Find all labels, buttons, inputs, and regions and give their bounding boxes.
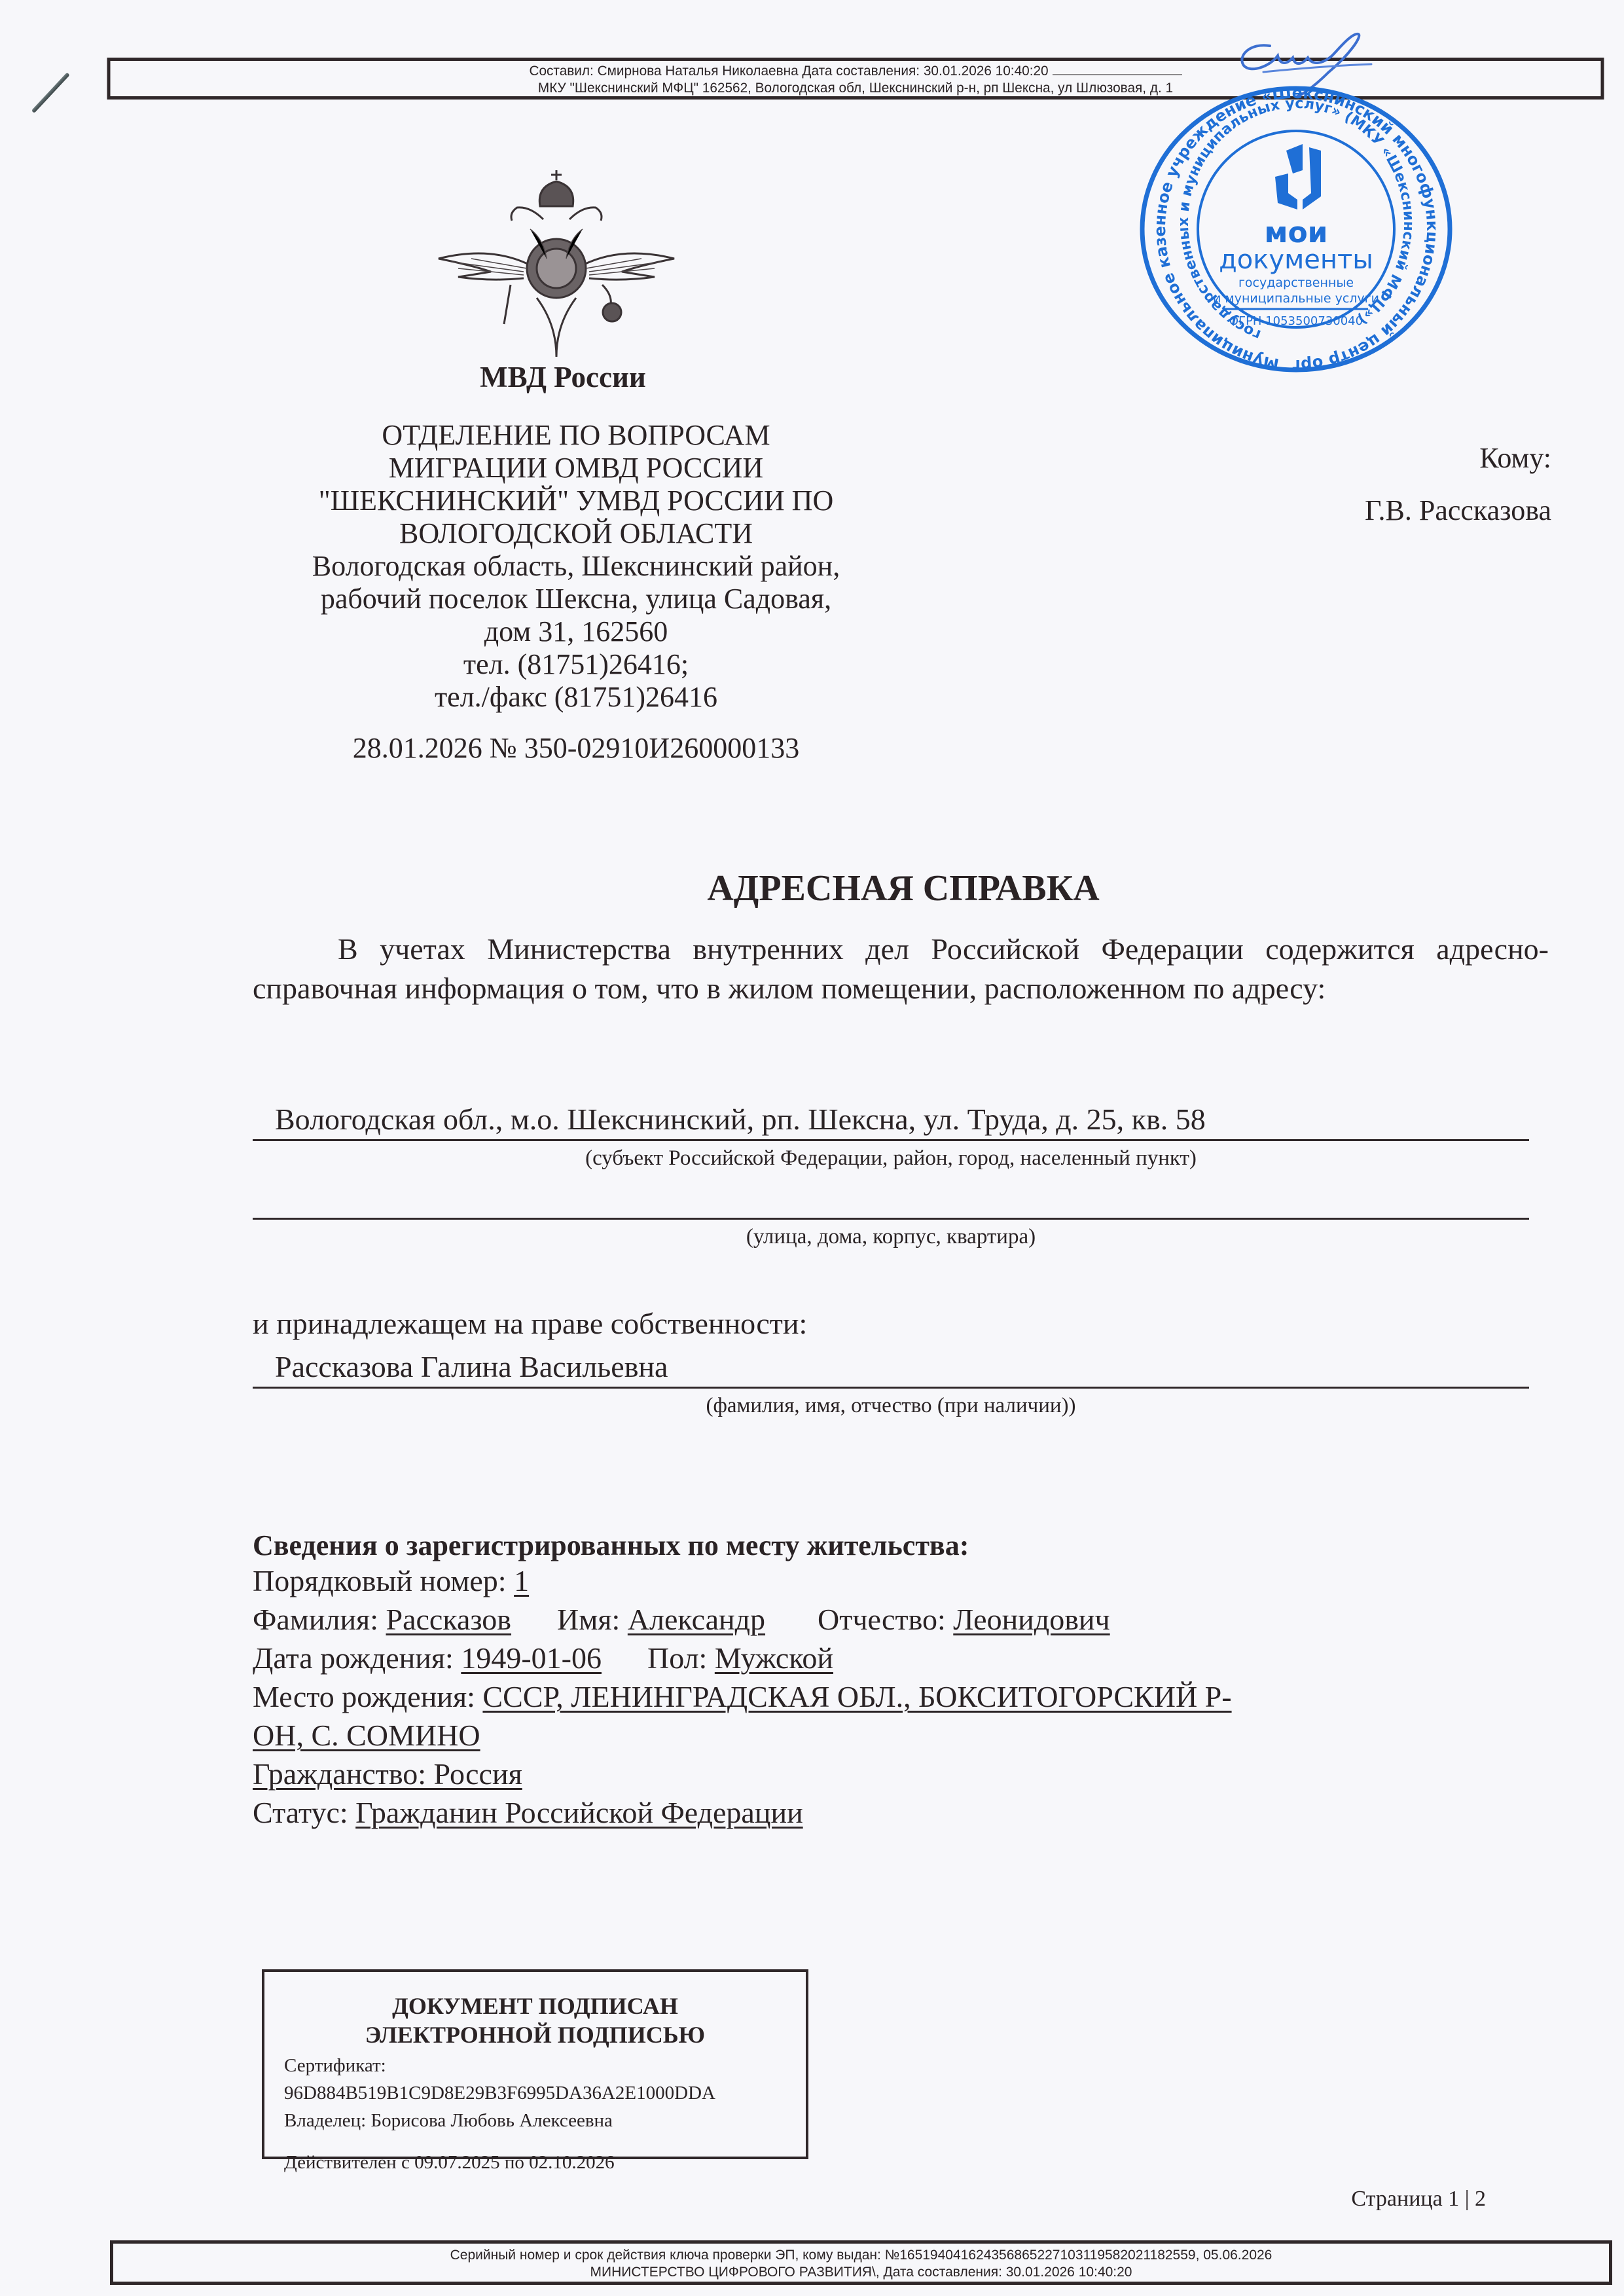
owner-caption: (фамилия, имя, отчество (при наличии)) [253,1394,1529,1418]
seal-ogrn: ОГРН 1053500730040 [1229,314,1363,328]
address-value: Вологодская обл., м.о. Шекснинский, рп. … [253,1100,1529,1139]
address-underline [253,1139,1529,1141]
intro-paragraph: В учетах Министерства внутренних дел Рос… [253,930,1549,1008]
person-name: Александр [628,1603,765,1636]
esign-details: Сертификат: 96D884B519B1C9D8E29B3F6995DA… [284,2052,806,2176]
org-name-line: ОТДЕЛЕНИЕ ПО ВОПРОСАМ [249,419,903,452]
org-name-line: МИГРАЦИИ ОМВД РОССИИ [249,452,903,484]
cert-validity: Действителен с 09.07.2025 по 02.10.2026 [284,2149,806,2176]
seal-subtitle: государственные [1238,276,1354,290]
person-patronymic: Леонидович [953,1603,1110,1636]
row-number: Порядковый номер: 1 [253,1561,1562,1600]
registration-date-number: 28.01.2026 № 350-02910И260000133 [249,732,903,765]
owner-value: Рассказова Галина Васильевна [253,1347,1529,1387]
person-sex: Мужской [715,1641,833,1675]
address-field: Вологодская обл., м.о. Шекснинский, рп. … [253,1100,1529,1171]
street-field: (улица, дома, корпус, квартира) [253,1178,1529,1249]
registered-section-title: Сведения о зарегистрированных по месту ж… [253,1529,969,1562]
org-address-line: дом 31, 162560 [249,615,903,648]
mfc-seal-stamp-icon: Муниципальное казенное учреждение «Шексн… [1113,79,1479,380]
address-caption: (субъект Российской Федерации, район, го… [253,1146,1529,1171]
owner-underline [253,1387,1529,1389]
cert-label: Сертификат: [284,2052,806,2079]
owner-lead-text: и принадлежащем на праве собственности: [253,1306,807,1341]
row-birth-place-cont: ОН, С. СОМИНО [253,1716,1562,1755]
cert-value: 96D884B519B1C9D8E29B3F6995DA36A2E1000DDA [284,2079,806,2107]
recipient-label: Кому: [1276,432,1551,484]
mvd-eagle-emblem-icon [432,167,681,363]
header-compiler-line: Составил: Смирнова Наталья Николаевна Да… [111,63,1601,80]
ministry-name: МВД России [393,360,733,394]
seal-logo-text: документы [1219,245,1373,275]
person-number: 1 [514,1564,529,1597]
org-phone: тел. (81751)26416; [249,648,903,681]
recipient-name: Г.В. Рассказова [1276,484,1551,537]
org-name-line: "ШЕКСНИНСКИЙ" УМВД РОССИИ ПО [249,484,903,517]
person-birth-date: 1949-01-06 [461,1641,602,1675]
footer-certification-box: Серийный номер и срок действия ключа про… [110,2240,1612,2285]
person-surname: Рассказов [386,1603,512,1636]
esign-title: ДОКУМЕНТ ПОДПИСАН ЭЛЕКТРОННОЙ ПОДПИСЬЮ [284,1992,806,2049]
recipient-block: Кому: Г.В. Рассказова [1276,432,1551,537]
row-birth-place: Место рождения: СССР, ЛЕНИНГРАДСКАЯ ОБЛ.… [253,1677,1562,1716]
org-fax: тел./факс (81751)26416 [249,681,903,714]
org-address-line: Вологодская область, Шекснинский район, [249,550,903,583]
cert-owner: Владелец: Борисова Любовь Алексеевна [284,2107,806,2134]
issuing-authority-block: ОТДЕЛЕНИЕ ПО ВОПРОСАМ МИГРАЦИИ ОМВД РОСС… [249,419,903,765]
intro-text: В учетах Министерства внутренних дел Рос… [253,932,1549,1005]
footer-key-serial-line: Серийный номер и срок действия ключа про… [113,2247,1609,2264]
street-caption: (улица, дома, корпус, квартира) [253,1225,1529,1249]
document-title: АДРЕСНАЯ СПРАВКА [249,867,1558,909]
staple-mark [31,72,70,113]
row-citizenship: Гражданство: Россия [253,1755,1562,1793]
person-birth-place-cont: ОН, С. СОМИНО [253,1719,480,1752]
row-birth-sex: Дата рождения: 1949-01-06Пол: Мужской [253,1639,1562,1677]
row-fullname: Фамилия: РассказовИмя: АлександрОтчество… [253,1600,1562,1639]
street-value [253,1178,1529,1218]
person-birth-place: СССР, ЛЕНИНГРАДСКАЯ ОБЛ., БОКСИТОГОРСКИЙ… [482,1680,1231,1713]
page-number: Страница 1 | 2 [1335,2187,1486,2212]
person-status: Гражданин Российской Федерации [355,1796,803,1829]
owner-field: Рассказова Галина Васильевна (фамилия, и… [253,1347,1529,1418]
row-status: Статус: Гражданин Российской Федерации [253,1793,1562,1832]
org-name-line: ВОЛОГОДСКОЙ ОБЛАСТИ [249,517,903,550]
footer-ministry-line: МИНИСТЕРСТВО ЦИФРОВОГО РАЗВИТИЯ\, Дата с… [113,2264,1609,2281]
org-address-line: рабочий поселок Шексна, улица Садовая, [249,583,903,615]
electronic-signature-box: ДОКУМЕНТ ПОДПИСАН ЭЛЕКТРОННОЙ ПОДПИСЬЮ С… [262,1969,808,2159]
signature-line [1053,65,1182,75]
registered-person-details: Порядковый номер: 1 Фамилия: РассказовИм… [253,1561,1562,1832]
seal-subtitle: и муниципальные услуги [1213,291,1379,306]
street-underline [253,1218,1529,1220]
person-citizenship: Гражданство: Россия [253,1757,522,1791]
